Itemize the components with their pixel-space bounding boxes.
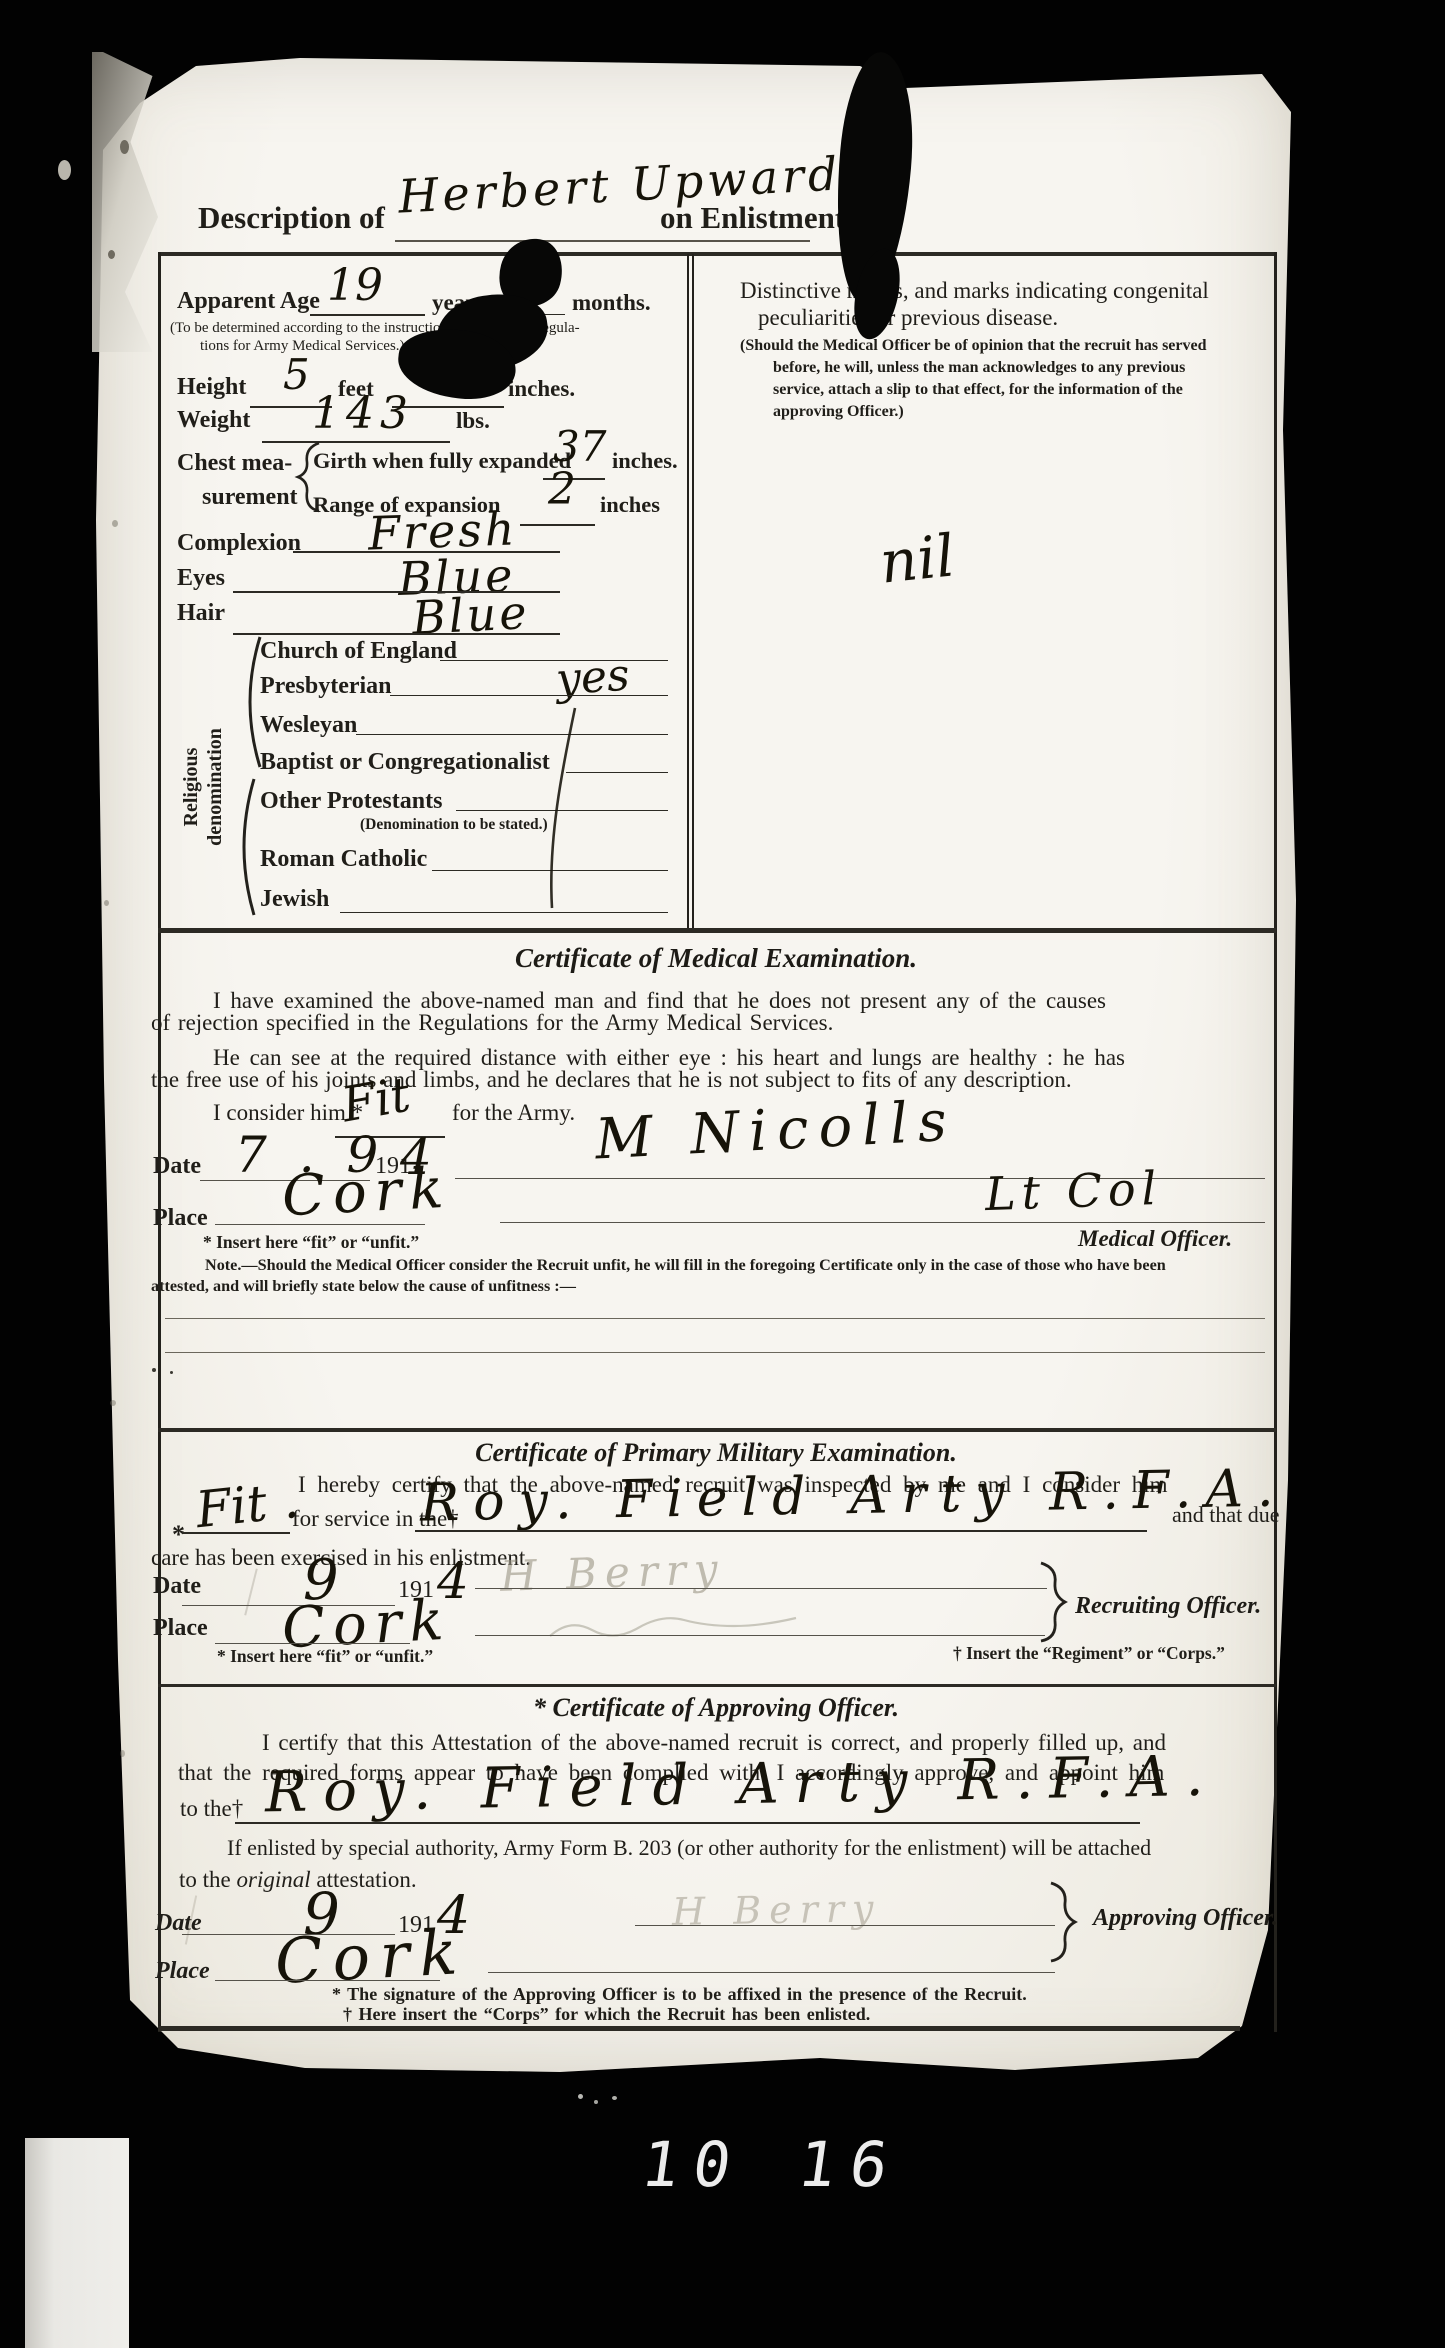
right-border	[1274, 252, 1277, 2032]
apparent-age-label: Apparent Age	[177, 288, 320, 315]
lbs-label: lbs.	[456, 408, 490, 434]
height-feet-value: 5	[283, 350, 310, 399]
approving-special-l1: If enlisted by special authority, Army F…	[227, 1835, 1151, 1861]
form-title-prefix: Description of	[198, 200, 385, 236]
girth-units: inches.	[612, 448, 678, 474]
form-title-suffix: on Enlistment.	[660, 200, 853, 236]
marks-value-handwritten: nil	[877, 521, 958, 596]
medical-note-l1: Note.—Should the Medical Officer conside…	[205, 1256, 1166, 1275]
marks-note-4: approving Officer.)	[773, 403, 904, 421]
title-fill-line	[395, 240, 810, 242]
archive-stamp-number: 10 16	[637, 2128, 907, 2201]
medical-place-label: Place	[153, 1205, 208, 1232]
approving-officer-label: Approving Officer.	[1093, 1905, 1278, 1932]
months-label: months.	[572, 290, 651, 316]
rule-mid	[158, 928, 1276, 933]
scanned-document: Description of Herbert Upward on Enlistm…	[0, 0, 1445, 2348]
rule-bottom	[158, 2026, 1240, 2031]
approving-fn2: † Here insert the “Corps” for which the …	[343, 2004, 870, 2025]
recruiting-brace	[1035, 1560, 1069, 1644]
height-label: Height	[177, 374, 246, 401]
primary-due-suffix: and that due	[1172, 1502, 1280, 1528]
left-border	[158, 252, 161, 2032]
blank-line-1	[165, 1318, 1265, 1319]
medical-fit-footnote: * Insert here “fit” or “unfit.”	[203, 1232, 419, 1253]
inches-label: inches.	[508, 376, 575, 402]
distinctive-marks-heading-2: peculiarities or previous disease.	[758, 305, 1058, 331]
primary-fn-corps: † Insert the “Regiment” or “Corps.”	[953, 1643, 1225, 1664]
primary-place-label: Place	[153, 1615, 208, 1642]
column-divider-2	[692, 254, 694, 930]
marks-note-3: service, attach a slip to that effect, f…	[773, 381, 1183, 399]
stamp-digits-left: 10	[637, 2128, 750, 2201]
stamp-digits-right: 16	[794, 2128, 907, 2201]
medical-p1-l2: of rejection specified in the Regulation…	[151, 1010, 833, 1036]
medical-cert-title: Certificate of Medical Examination.	[158, 943, 1274, 974]
consider-prefix: I consider him *	[213, 1100, 363, 1126]
religion-item-church: Church of England	[260, 638, 457, 665]
weight-value: 143	[312, 388, 414, 439]
primary-care-line: care has been exercised in his enlistmen…	[151, 1545, 531, 1571]
medical-date-label: Date	[153, 1153, 201, 1180]
pen-stroke	[530, 700, 590, 915]
marks-note-2: before, he will, unless the man acknowle…	[773, 359, 1185, 377]
approving-to-label: to the†	[180, 1796, 243, 1822]
religion-item-presbyterian: Presbyterian	[260, 673, 392, 700]
rule-approving	[158, 1684, 1276, 1687]
medical-fit-value: Fit	[338, 1067, 415, 1134]
bottom-left-paper-strip	[25, 2138, 129, 2348]
medical-place-value: Cork	[280, 1156, 452, 1230]
approving-date-label: Date	[155, 1910, 202, 1937]
religion-item-wesleyan: Wesleyan	[260, 712, 357, 739]
medical-note-l2: attested, and will briefly state below t…	[151, 1277, 576, 1296]
consider-suffix: for the Army.	[452, 1100, 575, 1126]
recruiting-officer-label: Recruiting Officer.	[1075, 1593, 1261, 1620]
primary-fit-value: Fit .	[193, 1471, 301, 1539]
primary-fn-fit: * Insert here “fit” or “unfit.”	[217, 1646, 433, 1667]
expansion-units: inches	[600, 492, 660, 518]
approving-cert-title: * Certificate of Approving Officer.	[158, 1693, 1274, 1723]
approving-brace	[1045, 1880, 1079, 1964]
approving-special-l2: to the original attestation.	[179, 1867, 417, 1893]
distinctive-marks-heading-1: Distinctive marks, and marks indicating …	[740, 278, 1209, 304]
complexion-label: Complexion	[177, 530, 301, 557]
religion-denomination-note: (Denomination to be stated.)	[360, 816, 548, 834]
medical-officer-rank: Lt Col	[984, 1161, 1163, 1221]
chest-label-2: surement	[202, 484, 298, 511]
religion-vertical-label: Religious denomination	[179, 677, 227, 897]
chest-label-1: Chest mea-	[177, 450, 292, 477]
pencil-scribble	[545, 1608, 825, 1653]
approving-place-label: Place	[155, 1958, 210, 1985]
rule-primary	[158, 1428, 1276, 1432]
medical-officer-label: Medical Officer.	[1078, 1226, 1232, 1252]
column-divider	[687, 254, 689, 930]
religion-brace-lower	[232, 776, 258, 918]
religion-item-roman-catholic: Roman Catholic	[260, 846, 427, 873]
eyes-label: Eyes	[177, 565, 225, 592]
religion-church-value: yes	[554, 649, 631, 705]
expansion-value: 2	[548, 464, 576, 515]
rule-under-title	[158, 252, 1276, 256]
primary-date-label: Date	[153, 1573, 201, 1600]
hair-value: Blue	[411, 585, 531, 645]
weight-label: Weight	[177, 407, 250, 434]
religion-item-baptist: Baptist or Congregationalist	[260, 749, 550, 776]
approving-officer-signature: H Berry	[672, 1886, 882, 1934]
religion-item-other-protestants: Other Protestants	[260, 788, 442, 815]
blank-line-2	[165, 1352, 1265, 1353]
hair-label: Hair	[177, 600, 225, 627]
approving-fn1: * The signature of the Approving Officer…	[332, 1984, 1027, 2005]
apparent-age-value: 19	[327, 260, 383, 311]
marks-note-1: (Should the Medical Officer be of opinio…	[740, 337, 1207, 355]
recruiting-officer-signature: H Berry	[499, 1544, 726, 1601]
religion-item-jewish: Jewish	[260, 886, 329, 913]
girth-label: Girth when fully expanded	[313, 448, 571, 474]
